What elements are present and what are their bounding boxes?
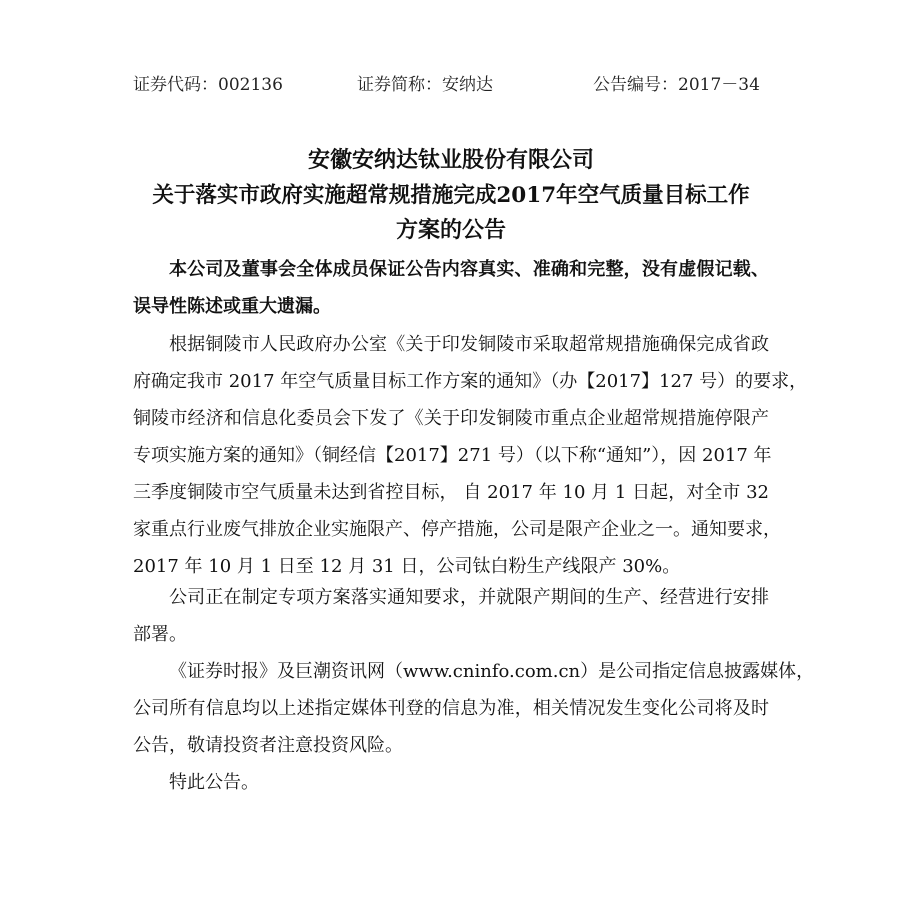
paragraph-line: 专项实施方案的通知》（铜经信【2017】271 号）（以下称“通知”），因 20… [133,437,769,474]
background-paragraph: 根据铜陵市人民政府办公室《关于印发铜陵市采取超常规措施确保完成省政 府确定我市 … [133,326,769,585]
paragraph-line: 《证券时报》及巨潮资讯网（www.cninfo.com.cn）是公司指定信息披露… [133,653,769,690]
disclosure-media-paragraph: 《证券时报》及巨潮资讯网（www.cninfo.com.cn）是公司指定信息披露… [133,653,769,764]
announcement-title-line-1: 关于落实市政府实施超常规措施完成2017年空气质量目标工作 [133,178,769,209]
paragraph-line: 铜陵市经济和信息化委员会下发了《关于印发铜陵市重点企业超常规措施停限产 [133,400,769,437]
stock-short-name: 证券简称：安纳达 [357,70,493,95]
paragraph-line: 府确定我市 2017 年空气质量目标工作方案的通知》（办【2017】127 号）… [133,363,769,400]
paragraph-line: 三季度铜陵市空气质量未达到省控目标， 自 2017 年 10 月 1 日起，对全… [133,474,769,511]
paragraph-line: 本公司及董事会全体成员保证公告内容真实、准确和完整，没有虚假记载、 [133,251,769,288]
board-guarantee-statement: 本公司及董事会全体成员保证公告内容真实、准确和完整，没有虚假记载、 误导性陈述或… [133,251,769,325]
company-plan-paragraph: 公司正在制定专项方案落实通知要求，并就限产期间的生产、经营进行安排 部署。 [133,579,769,653]
paragraph-line: 误导性陈述或重大遗漏。 [133,288,769,325]
paragraph-line: 公司所有信息均以上述指定媒体刊登的信息为准，相关情况发生变化公司将及时 [133,690,769,727]
paragraph-line: 公告，敬请投资者注意投资风险。 [133,727,769,764]
paragraph-line: 根据铜陵市人民政府办公室《关于印发铜陵市采取超常规措施确保完成省政 [133,326,769,363]
paragraph-line: 部署。 [133,616,769,653]
closing-statement: 特此公告。 [133,764,769,801]
paragraph-line: 特此公告。 [133,764,769,801]
paragraph-line: 家重点行业废气排放企业实施限产、停产措施，公司是限产企业之一。通知要求， [133,511,769,548]
announcement-title-line-2: 方案的公告 [133,213,769,244]
stock-code: 证券代码：002136 [133,70,283,95]
announcement-number: 公告编号：2017－34 [593,70,760,95]
document-header: 证券代码：002136 证券简称：安纳达 公告编号：2017－34 [133,70,769,96]
paragraph-line: 公司正在制定专项方案落实通知要求，并就限产期间的生产、经营进行安排 [133,579,769,616]
company-name-title: 安徽安纳达钛业股份有限公司 [133,143,769,174]
